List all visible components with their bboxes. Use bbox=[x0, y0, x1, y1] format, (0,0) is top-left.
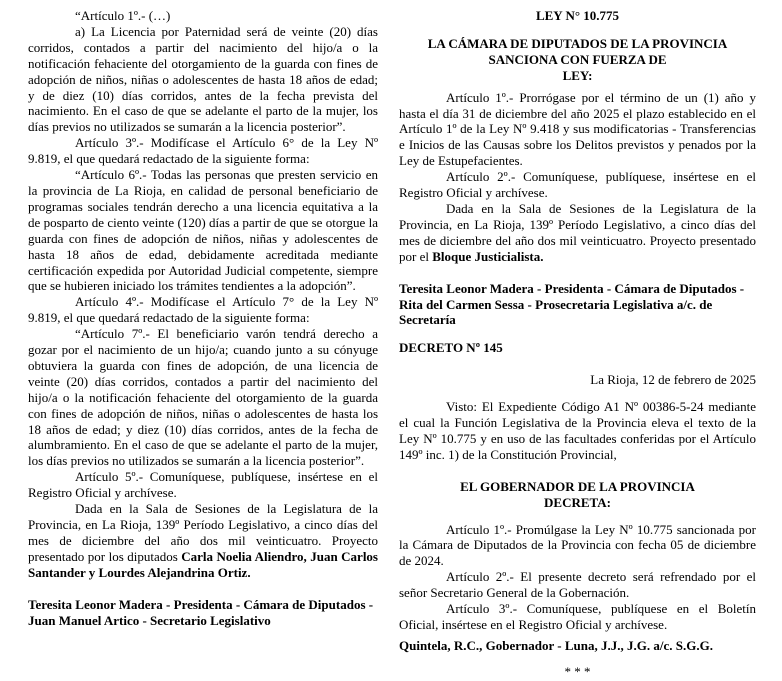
firma-decreto: Quintela, R.C., Gobernador - Luna, J.J.,… bbox=[399, 638, 756, 654]
encabezado-linea-2: SANCIONA CON FUERZA DE bbox=[399, 52, 756, 68]
right-column: LEY N° 10.775 LA CÁMARA DE DIPUTADOS DE … bbox=[399, 8, 756, 681]
gobernador-linea-1: EL GOBERNADOR DE LA PROVINCIA bbox=[399, 479, 756, 495]
ley10775-clausula-dada: Dada en la Sala de Sesiones de la Legisl… bbox=[399, 201, 756, 265]
ley-articulo-1-quote: “Artículo 1º.- (…) bbox=[28, 8, 378, 24]
ley-articulo-5: Artículo 5º.- Comuníquese, publíquese, i… bbox=[28, 469, 378, 501]
encabezado-decreta: EL GOBERNADOR DE LA PROVINCIA DECRETA: bbox=[399, 479, 756, 511]
lugar-fecha: La Rioja, 12 de febrero de 2025 bbox=[399, 372, 756, 388]
ley-articulo-6-quote: “Artículo 6º.- Todas las personas que pr… bbox=[28, 167, 378, 294]
ley-articulo-3: Artículo 3º.- Modifícase el Artículo 6° … bbox=[28, 135, 378, 167]
ley10775-articulo-2: Artículo 2º.- Comuníquese, publíquese, i… bbox=[399, 169, 756, 201]
decreto-titulo: DECRETO Nº 145 bbox=[399, 340, 756, 356]
firma-ley: Teresita Leonor Madera - Presidenta - Cá… bbox=[399, 281, 756, 329]
firma-legislativa: Teresita Leonor Madera - Presidenta - Cá… bbox=[28, 597, 378, 629]
decreto-articulo-1: Artículo 1º.- Promúlgase la Ley Nº 10.77… bbox=[399, 522, 756, 570]
encabezado-linea-3: LEY: bbox=[399, 68, 756, 84]
decreto-visto: Visto: El Expediente Código A1 Nº 00386-… bbox=[399, 399, 756, 463]
document-page: “Artículo 1º.- (…) a) La Licencia por Pa… bbox=[0, 0, 782, 681]
gobernador-linea-2: DECRETA: bbox=[399, 495, 756, 511]
ley-numero-titulo: LEY N° 10.775 bbox=[399, 8, 756, 24]
decreto-articulo-2: Artículo 2º.- El presente decreto será r… bbox=[399, 569, 756, 601]
marcador-fin: * * * bbox=[399, 664, 756, 680]
ley-inciso-a: a) La Licencia por Paternidad será de ve… bbox=[28, 24, 378, 135]
ley-articulo-7-quote: “Artículo 7º.- El beneficiario varón ten… bbox=[28, 326, 378, 469]
decreto-articulo-3: Artículo 3º.- Comuníquese, publíquese en… bbox=[399, 601, 756, 633]
ley10775-articulo-1: Artículo 1º.- Prorrógase por el término … bbox=[399, 90, 756, 170]
ley-clausula-dada: Dada en la Sala de Sesiones de la Legisl… bbox=[28, 501, 378, 581]
left-column: “Artículo 1º.- (…) a) La Licencia por Pa… bbox=[28, 8, 378, 681]
ley-articulo-4: Artículo 4º.- Modifícase el Artículo 7° … bbox=[28, 294, 378, 326]
encabezado-sancion: LA CÁMARA DE DIPUTADOS DE LA PROVINCIA S… bbox=[399, 36, 756, 84]
encabezado-linea-1: LA CÁMARA DE DIPUTADOS DE LA PROVINCIA bbox=[399, 36, 756, 52]
bloque-autor: Bloque Justicialista. bbox=[432, 249, 543, 264]
